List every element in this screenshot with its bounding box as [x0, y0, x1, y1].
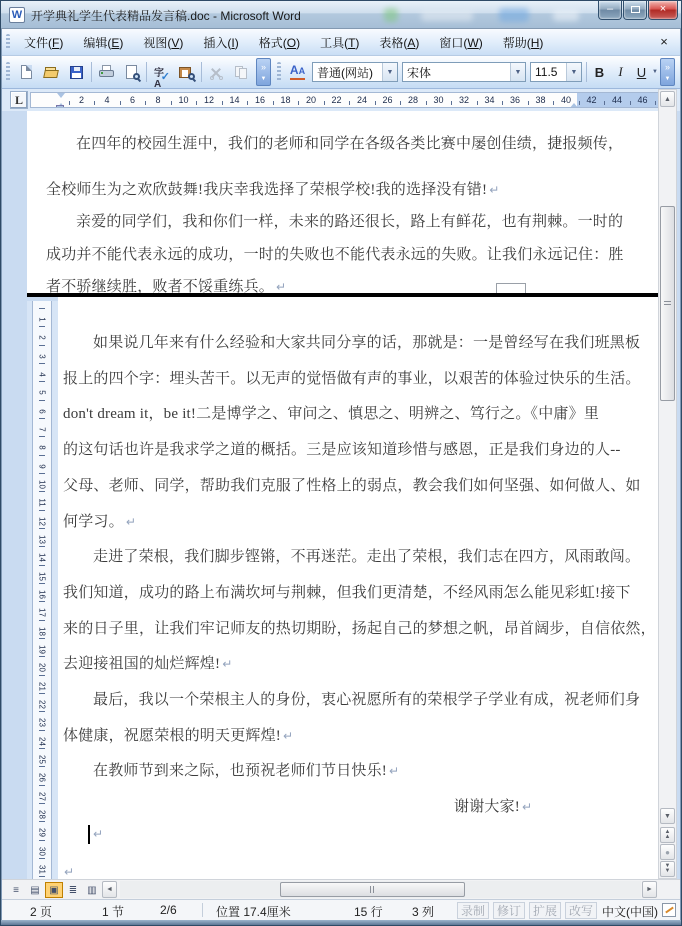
scroll-up-button[interactable]: ▲ — [660, 91, 675, 107]
menu-items: 文件(F)编辑(E)视图(V)插入(I)格式(O)工具(T)表格(A)窗口(W)… — [14, 29, 553, 55]
print-preview-button[interactable] — [120, 60, 143, 84]
ruler-tick — [39, 455, 45, 456]
ruler-tick — [39, 803, 45, 804]
text-line[interactable]: 如果说几年来有什么经验和大家共同分享的话，那就是：一是曾经写在我们班黑板 — [93, 331, 640, 352]
menu-item-i[interactable]: 插入(I) — [193, 30, 248, 55]
ruler-tick — [604, 101, 605, 105]
ruler-number: 22 — [38, 696, 47, 712]
toolbar-options-chevron[interactable]: »▼ — [256, 58, 271, 86]
ruler-number: 6 — [38, 403, 47, 419]
ruler-tick — [39, 876, 45, 877]
status-mode-button-4[interactable]: 改写 — [565, 902, 597, 919]
ruler-number: 25 — [38, 751, 47, 767]
tab-stop-selector[interactable]: L — [10, 91, 28, 109]
ruler-tick — [273, 101, 274, 105]
toolbar-separator — [91, 62, 92, 82]
paragraph-mark: ↵ — [93, 827, 103, 841]
left-indent-marker[interactable] — [56, 105, 64, 108]
ruler-tick — [39, 583, 45, 584]
toolbar-grip[interactable] — [6, 34, 10, 50]
underline-options-chevron[interactable]: ▼ — [652, 69, 658, 75]
text-line[interactable]: don't dream it，be it!二是博学之、审问之、慎思之、明辨之、笃… — [63, 402, 599, 423]
toolbar-grip[interactable] — [277, 62, 281, 82]
paragraph-mark: ↵ — [64, 865, 74, 879]
text-line[interactable]: 成功并不能代表永远的成功，一时的失败也不能代表永远的失败。让我们永远记住：胜 — [46, 243, 624, 264]
ruler-number: 8 — [150, 95, 166, 105]
paragraph-mark: ↵ — [489, 183, 499, 197]
ruler-number: 4 — [38, 366, 47, 382]
ruler-tick — [39, 840, 45, 841]
ruler-tick — [451, 101, 452, 105]
styles-icon: AA — [290, 64, 305, 80]
ruler-tick — [39, 363, 45, 364]
menu-item-f[interactable]: 文件(F) — [14, 30, 73, 55]
research-button[interactable] — [175, 60, 198, 84]
ruler-tick — [553, 101, 554, 105]
page-2[interactable]: 如果说几年来有什么经验和大家共同分享的话，那就是：一是曾经写在我们班黑板报上的四… — [58, 297, 658, 879]
chevron-down-icon[interactable]: ▼ — [382, 63, 397, 81]
menu-item-a[interactable]: 表格(A) — [369, 30, 429, 55]
ruler-tick — [39, 418, 45, 419]
ruler-tick — [39, 711, 45, 712]
normal-view-button[interactable]: ≡ — [7, 882, 25, 898]
ruler-number: 14 — [227, 95, 243, 105]
glass-blur-decoration — [553, 10, 579, 21]
ruler-tick — [39, 546, 45, 547]
ruler-tick — [39, 638, 45, 639]
horizontal-scrollbar-row: ≡▤▣≣▥ ◄ ► — [2, 879, 682, 899]
text-cursor — [88, 825, 90, 844]
text-line[interactable]: 在四年的校园生涯中，我们的老师和同学在各级各类比赛中屡创佳绩，捷报频传， — [76, 132, 623, 153]
document-area: 在四年的校园生涯中，我们的老师和同学在各级各类比赛中屡创佳绩，捷报频传，全校师生… — [2, 111, 682, 879]
paragraph-mark: ↵ — [126, 515, 136, 529]
text-line[interactable]: 去迎接祖国的灿烂辉煌!↵ — [63, 652, 232, 673]
open-folder-icon — [43, 64, 60, 81]
ruler-number: 9 — [38, 458, 47, 474]
text-line[interactable]: 的这句话也许是我求学之道的概括。三是应该知道珍惜与感恩，正是我们身边的人-- — [63, 438, 621, 459]
maximize-icon — [631, 6, 640, 13]
ruler-number: 10 — [38, 476, 47, 492]
horizontal-scroll-thumb[interactable] — [280, 882, 465, 897]
ruler-number: 17 — [38, 605, 47, 621]
ruler-number: 42 — [584, 95, 600, 105]
vertical-ruler[interactable]: 1234567891011121314151617181920212223242… — [27, 301, 58, 879]
text-line[interactable]: 走进了荣根，我们脚步铿锵，不再迷茫。走出了荣根，我们志在四方，风雨敢闯。 — [93, 545, 640, 566]
status-bar: 2 页 1 节 2/6 位置 17.4厘米 15 行 3 列 录制修订扩展改写 … — [2, 899, 682, 921]
ruler-number: 4 — [99, 95, 115, 105]
ruler-number: 21 — [38, 678, 47, 694]
ruler-number: 14 — [38, 550, 47, 566]
ruler-tick — [69, 101, 70, 105]
ruler-number: 40 — [558, 95, 574, 105]
ruler-tick — [39, 656, 45, 657]
new-document-icon — [18, 64, 35, 81]
ruler-number: 32 — [456, 95, 472, 105]
new-document-button[interactable] — [15, 60, 38, 84]
double-arrow-up-icon: ▲▲ — [663, 830, 672, 840]
ruler-tick — [39, 345, 45, 346]
ruler-number: 1 — [38, 312, 47, 328]
ruler-tick — [579, 101, 580, 105]
ruler-tick — [324, 101, 325, 105]
menu-item-t[interactable]: 工具(T) — [310, 30, 369, 55]
ruler-number: 28 — [405, 95, 421, 105]
status-section: 1 节 — [102, 903, 124, 920]
ruler-tick — [39, 858, 45, 859]
next-page-button[interactable]: ▼▼ — [660, 861, 675, 877]
status-line: 15 行 — [354, 903, 383, 920]
ruler-tick — [247, 101, 248, 105]
font-size-value: 11.5 — [531, 65, 566, 79]
ruler-number: 28 — [38, 806, 47, 822]
ruler-number: 34 — [482, 95, 498, 105]
ruler-number: 27 — [38, 788, 47, 804]
ruler-tick — [39, 675, 45, 676]
ruler-number: 8 — [38, 440, 47, 456]
print-preview-icon — [123, 64, 140, 81]
word-app-icon[interactable]: W — [9, 7, 25, 23]
ruler-tick — [145, 101, 146, 105]
ruler-number: 18 — [38, 623, 47, 639]
ruler-tick — [39, 620, 45, 621]
horizontal-ruler[interactable]: 2468101214161820222426283032343638404244… — [30, 92, 660, 108]
ruler-number: 2 — [38, 330, 47, 346]
ruler-number: 16 — [252, 95, 268, 105]
ruler-tick — [39, 491, 45, 492]
font-size-combobox[interactable]: 11.5 ▼ — [530, 62, 582, 82]
toolbar-options-chevron[interactable]: »▼ — [660, 58, 675, 86]
text-line[interactable]: 父母、老师、同学，帮助我们克服了性格上的弱点，教会我们如何坚强、如何做人、如 — [63, 474, 641, 495]
ruler-number: 23 — [38, 715, 47, 731]
style-value: 普通(网站) — [313, 64, 382, 81]
style-combobox[interactable]: 普通(网站) ▼ — [312, 62, 398, 82]
ruler-tick — [39, 528, 45, 529]
ruler-number: 36 — [507, 95, 523, 105]
scroll-left-button[interactable]: ◄ — [102, 881, 117, 898]
status-page-of-total: 2/6 — [160, 903, 177, 917]
menu-item-h[interactable]: 帮助(H) — [493, 30, 554, 55]
font-value: 宋体 — [403, 64, 510, 81]
menu-item-w[interactable]: 窗口(W) — [429, 30, 492, 55]
ruler-tick — [477, 101, 478, 105]
ruler-tick — [39, 565, 45, 566]
ruler-tick — [655, 101, 656, 105]
vertical-scrollbar[interactable]: ▲ ▼ ▲▲ ● ▼▼ — [658, 89, 677, 879]
text-line[interactable]: 体健康，祝愿荣根的明天更辉煌!↵ — [63, 724, 293, 745]
glass-blur-decoration — [421, 10, 473, 21]
status-mode-button-2[interactable]: 修订 — [493, 902, 525, 919]
ruler-number: 5 — [38, 385, 47, 401]
select-browse-object-button[interactable]: ● — [660, 844, 675, 860]
ruler-tick — [528, 101, 529, 105]
ruler-number: 24 — [38, 733, 47, 749]
status-position: 位置 17.4厘米 — [216, 903, 291, 920]
paragraph-mark: ↵ — [276, 280, 286, 294]
window-border — [1, 29, 2, 925]
ruler-tick — [39, 748, 45, 749]
previous-page-button[interactable]: ▲▲ — [660, 827, 675, 843]
ruler-number: 20 — [303, 95, 319, 105]
menu-item-o[interactable]: 格式(O) — [249, 30, 310, 55]
ruler-tick — [39, 766, 45, 767]
ruler-tick — [120, 101, 121, 105]
arrow-left-icon: ◄ — [106, 886, 113, 893]
ruler-tick — [502, 101, 503, 105]
menu-bar: 文件(F)编辑(E)视图(V)插入(I)格式(O)工具(T)表格(A)窗口(W)… — [2, 29, 682, 56]
text-line[interactable]: 何学习。↵ — [63, 510, 136, 531]
research-book-icon — [178, 64, 195, 81]
ruler-tick — [375, 101, 376, 105]
ruler-number: 12 — [201, 95, 217, 105]
ruler-tick — [94, 101, 95, 105]
ruler-number: 10 — [176, 95, 192, 105]
ruler-tick — [39, 308, 45, 309]
ruler-number: 3 — [38, 348, 47, 364]
ruler-tick — [39, 473, 45, 474]
text-line[interactable]: 谢谢大家!↵ — [454, 795, 532, 816]
underline-button[interactable]: U — [631, 62, 652, 83]
spelling-check-icon: 字A✓ — [153, 64, 170, 81]
document-close-icon[interactable]: × — [656, 34, 672, 49]
text-line[interactable]: 亲爱的同学们，我和你们一样，未来的路还很长，路上有鲜花，也有荆棘。一时的 — [76, 210, 623, 231]
text-line[interactable]: 来的日子里，让我们牢记师友的热切期盼，扬起自己的梦想之帆，昂首阔步，自信依然， — [63, 617, 656, 638]
text-line[interactable]: 最后，我以一个荣根主人的身份，衷心祝愿所有的荣根学子学业有成，祝老师们身 — [93, 688, 640, 709]
double-arrow-down-icon: ▼▼ — [663, 864, 672, 874]
ruler-number: 29 — [38, 825, 47, 841]
scroll-right-button[interactable]: ► — [642, 881, 657, 898]
vertical-scroll-thumb[interactable] — [660, 206, 675, 401]
paragraph-mark: ↵ — [389, 764, 399, 778]
menu-item-e[interactable]: 编辑(E) — [73, 30, 133, 55]
toolbar-grip[interactable] — [6, 62, 10, 82]
ruler-tick — [39, 730, 45, 731]
ruler-number: 38 — [533, 95, 549, 105]
ruler-number: 12 — [38, 513, 47, 529]
ruler-number: 22 — [329, 95, 345, 105]
ruler-tick — [39, 601, 45, 602]
ruler-tick — [39, 785, 45, 786]
outline-view-button[interactable]: ≣ — [64, 882, 82, 898]
status-mode-button-3[interactable]: 扩展 — [529, 902, 561, 919]
ruler-number: 2 — [74, 95, 90, 105]
paragraph-mark: ↵ — [283, 729, 293, 743]
ruler-tick — [400, 101, 401, 105]
chevron-down-icon[interactable]: ▼ — [510, 63, 525, 81]
ruler-number: 18 — [278, 95, 294, 105]
close-button[interactable]: × — [648, 1, 678, 20]
ruler-tick — [39, 400, 45, 401]
print-button[interactable] — [95, 60, 118, 84]
ruler-number: 30 — [38, 843, 47, 859]
ruler-number: 30 — [431, 95, 447, 105]
menu-item-v[interactable]: 视图(V) — [133, 30, 193, 55]
ruler-number: 6 — [125, 95, 141, 105]
status-mode-button-1[interactable]: 录制 — [457, 902, 489, 919]
ruler-number: 20 — [38, 660, 47, 676]
ruler-number: 15 — [38, 568, 47, 584]
chevron-down-icon[interactable]: ▼ — [566, 63, 581, 81]
save-button[interactable] — [65, 60, 88, 84]
spelling-grammar-button[interactable]: 字A✓ — [150, 60, 173, 84]
ruler-tick — [426, 101, 427, 105]
status-language: 中文(中国) — [602, 903, 658, 920]
page-1[interactable]: 在四年的校园生涯中，我们的老师和同学在各级各类比赛中屡创佳绩，捷报频传，全校师生… — [27, 111, 658, 293]
window-title: 开学典礼学生代表精品发言稿.doc - Microsoft Word — [31, 7, 301, 24]
ruler-number: 11 — [38, 495, 47, 511]
ruler-number: 31 — [38, 861, 47, 877]
ruler-number: 7 — [38, 421, 47, 437]
open-button[interactable] — [40, 60, 63, 84]
window-border — [1, 920, 681, 925]
ruler-tick — [39, 693, 45, 694]
paragraph-mark: ↵ — [222, 657, 232, 671]
toolbar-separator — [146, 62, 147, 82]
styles-formatting-button[interactable]: AA — [286, 60, 309, 84]
paragraph-mark: ↵ — [522, 800, 532, 814]
thumb-grip — [664, 301, 671, 307]
text-line[interactable]: 全校师生为之欢欣鼓舞!我庆幸我选择了荣根学校!我的选择没有错!↵ — [46, 178, 499, 199]
ruler-number: 44 — [609, 95, 625, 105]
scissors-icon — [208, 64, 225, 81]
text-line[interactable]: 报上的四个字：埋头苦干。以无声的觉悟做有声的事业，以艰苦的体验过快乐的生活。 — [63, 367, 641, 388]
status-column: 3 列 — [412, 903, 434, 920]
ruler-tick — [39, 326, 45, 327]
minimize-button[interactable]: – — [598, 1, 622, 20]
reading-layout-view-button[interactable]: ▥ — [83, 882, 101, 898]
glass-blur-decoration — [384, 8, 398, 22]
status-page-number: 2 页 — [30, 903, 52, 920]
ruler-number: 19 — [38, 641, 47, 657]
copy-button[interactable] — [230, 60, 253, 84]
thumb-grip — [370, 886, 376, 893]
ruler-tick — [349, 101, 350, 105]
ruler-tick — [39, 821, 45, 822]
toolbar-separator — [586, 62, 587, 82]
text-line[interactable]: 在教师节到来之际，也预祝老师们节日快乐!↵ — [93, 759, 399, 780]
font-combobox[interactable]: 宋体 ▼ — [402, 62, 526, 82]
arrow-right-icon: ► — [646, 886, 653, 893]
copy-pages-icon — [233, 64, 250, 81]
ruler-row: L 24681012141618202224262830323436384042… — [2, 89, 682, 111]
ruler-tick — [39, 436, 45, 437]
cut-button[interactable] — [205, 60, 228, 84]
ruler-tick — [196, 101, 197, 105]
ruler-tick — [171, 101, 172, 105]
ruler-number: 26 — [38, 770, 47, 786]
title-bar[interactable]: W 开学典礼学生代表精品发言稿.doc - Microsoft Word – × — [1, 1, 682, 29]
arrow-up-icon: ▲ — [664, 96, 671, 103]
toolbar-row: 字A✓ »▼ AA 普通(网站) ▼ 宋体 ▼ 11.5 ▼ B I U ▼ »… — [2, 56, 682, 89]
text-boundary-mark — [496, 283, 526, 293]
text-line[interactable]: 我们知道，成功的路上布满坎坷与荆棘，但我们更清楚，不经风雨怎么能见彩虹!接下 — [63, 581, 631, 602]
arrow-down-icon: ▼ — [664, 813, 671, 820]
ruler-tick — [39, 381, 45, 382]
glass-blur-decoration — [499, 8, 529, 22]
maximize-button[interactable] — [623, 1, 647, 20]
web-layout-view-button[interactable]: ▤ — [26, 882, 44, 898]
bold-button[interactable]: B — [589, 62, 610, 83]
browse-ball-icon: ● — [665, 848, 670, 857]
ruler-number: 26 — [380, 95, 396, 105]
ruler-tick — [222, 101, 223, 105]
ruler-tick — [298, 101, 299, 105]
print-layout-view-button[interactable]: ▣ — [45, 882, 63, 898]
ruler-tick — [39, 510, 45, 511]
italic-button[interactable]: I — [610, 62, 631, 83]
ruler-number: 24 — [354, 95, 370, 105]
save-floppy-icon — [68, 64, 85, 81]
proofing-status-icon[interactable] — [662, 903, 676, 917]
ruler-number: 16 — [38, 586, 47, 602]
scroll-down-button[interactable]: ▼ — [660, 808, 675, 824]
ruler-number: 46 — [635, 95, 651, 105]
status-separator — [202, 903, 203, 917]
word-window: W 开学典礼学生代表精品发言稿.doc - Microsoft Word – ×… — [0, 0, 682, 926]
toolbar-separator — [201, 62, 202, 82]
ruler-tick — [630, 101, 631, 105]
ruler-number: 13 — [38, 531, 47, 547]
printer-icon — [98, 64, 115, 81]
horizontal-scroll-track[interactable] — [120, 881, 641, 898]
window-border — [680, 29, 681, 925]
